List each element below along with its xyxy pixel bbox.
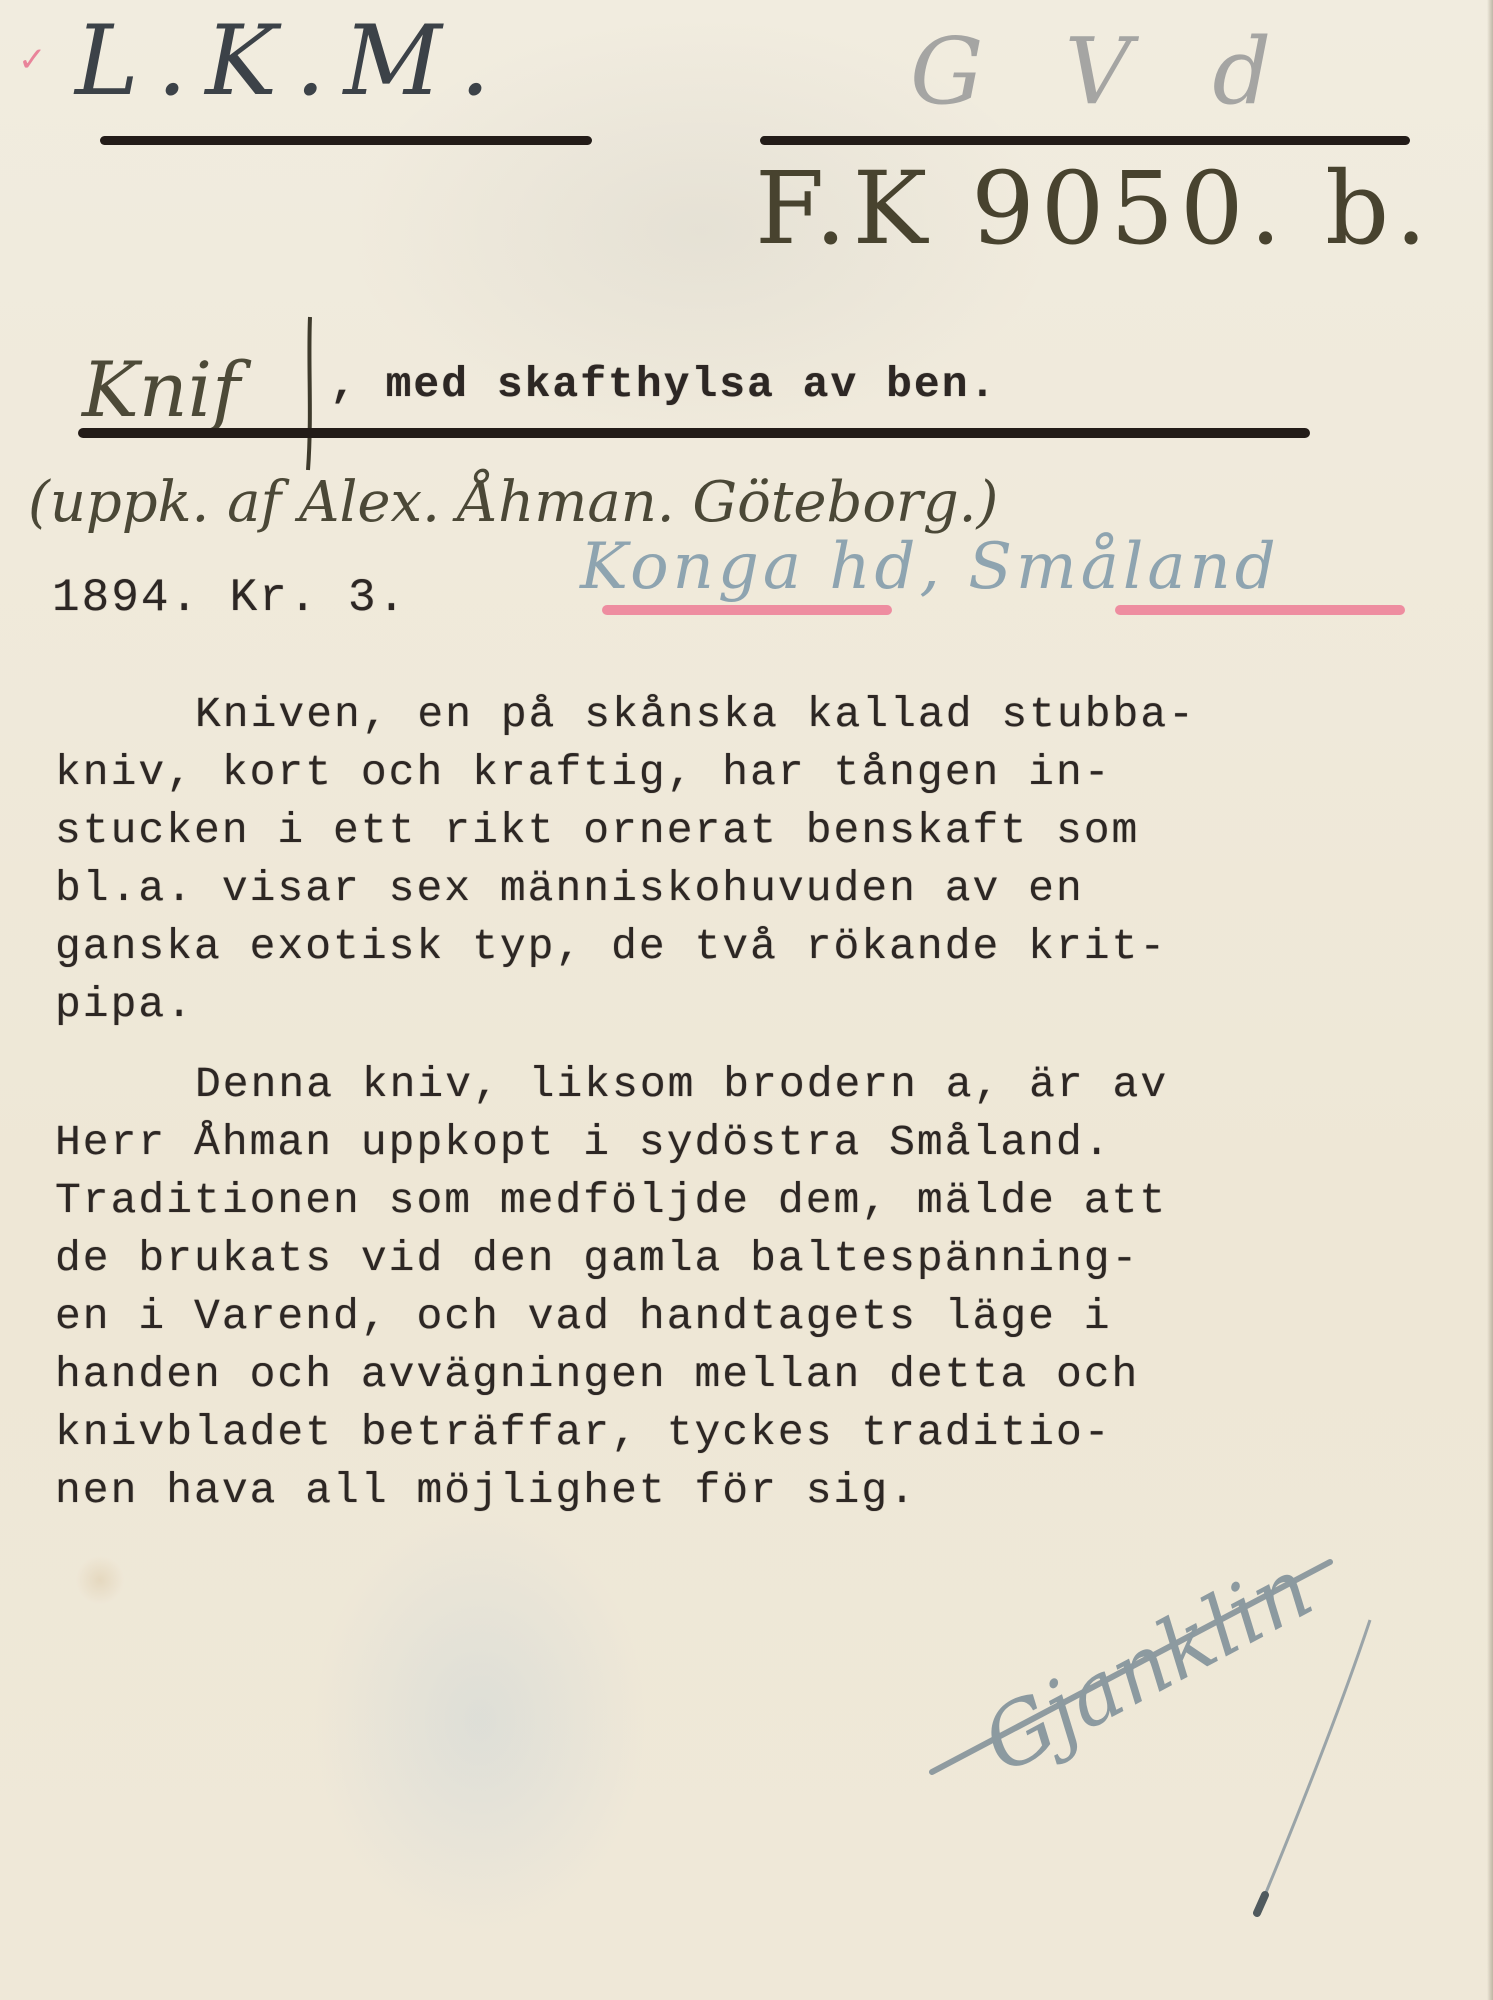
body-line-10: de brukats vid den gamla baltespänning- [55, 1234, 1139, 1283]
classification-mark: G V d [910, 18, 1297, 125]
body-line-14: nen hava all möjlighet för sig. [55, 1466, 917, 1515]
title-handwritten: Knif [82, 345, 240, 434]
body-line-9: Traditionen som medföljde dem, mälde att [55, 1176, 1167, 1225]
body-line-13: knivbladet beträffar, tyckes traditio- [55, 1408, 1112, 1457]
collection-mark-underline [100, 136, 592, 145]
title-underline [78, 428, 1310, 438]
body-line-8: Herr Åhman uppkopt i sydöstra Småland. [55, 1118, 1112, 1167]
catalog-number: F.K 9050. b. [755, 150, 1433, 267]
title-typed: , med skafthylsa av ben. [330, 360, 997, 409]
collection-mark: L.K.M. [75, 5, 508, 117]
provenance-underline-1 [602, 605, 892, 615]
provenance-note: Konga hd, Småland [580, 530, 1280, 604]
provenance-underline-2 [1115, 605, 1405, 615]
body-line-3: stucken i ett rikt ornerat benskaft som [55, 806, 1139, 855]
check-mark-icon: ✓ [18, 40, 47, 80]
paper-edge [1487, 0, 1493, 2000]
title-flourish [290, 315, 330, 475]
acquisition-note: (uppk. af Alex. Åhman. Göteborg.) [28, 470, 998, 535]
body-line-5: ganska exotisk typ, de två rökande krit- [55, 922, 1167, 971]
body-line-1: Kniven, en på skånska kallad stubba- [195, 690, 1196, 739]
body-line-4: bl.a. visar sex människohuvuden av en [55, 864, 1084, 913]
body-line-7: Denna kniv, liksom brodern a, är av [195, 1060, 1168, 1109]
body-line-12: handen och avvägningen mellan detta och [55, 1350, 1139, 1399]
body-line-2: kniv, kort och kraftig, har tången in- [55, 748, 1112, 797]
body-line-11: en i Varend, och vad handtagets läge i [55, 1292, 1112, 1341]
classification-underline [760, 136, 1410, 145]
year-price: 1894. Kr. 3. [52, 572, 407, 624]
body-line-6: pipa. [55, 980, 194, 1029]
